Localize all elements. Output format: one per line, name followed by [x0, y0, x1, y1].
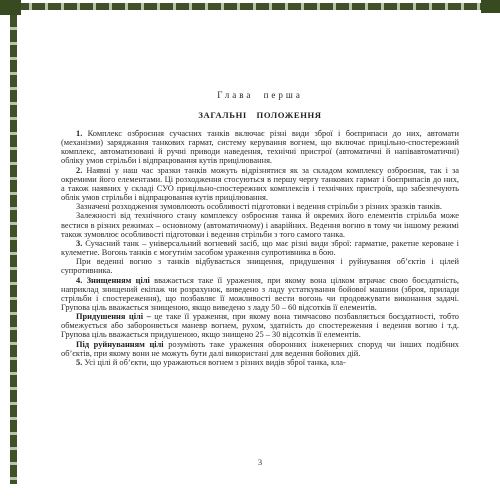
section-heading: ЗАГАЛЬНІ ПОЛОЖЕННЯ — [61, 110, 459, 120]
body-paragraph: Під руйнуванням цілі розуміють таке ураж… — [61, 340, 459, 358]
body-paragraph: Придушення цілі – це таке її ураження, п… — [61, 312, 459, 339]
paragraph-text: Сучасний танк – універсальний вогневий з… — [61, 239, 459, 257]
chapter-heading: Глава перша — [61, 90, 459, 100]
paragraph-text: Наявні у наш час зразки танків можуть ві… — [61, 166, 459, 202]
body-paragraph: Залежності від технічного стану комплекс… — [61, 211, 459, 238]
body-paragraph: 3. Сучасний танк – універсальний вогневи… — [61, 239, 459, 257]
paragraph-text: Усі цілі й об’єкти, що уражаються вогнем… — [82, 358, 345, 367]
paragraph-lead: Під руйнуванням цілі — [76, 340, 164, 349]
paragraph-text: Комплекс озброєння сучасних танків включ… — [61, 129, 459, 165]
body-paragraph: 5. Усі цілі й об’єкти, що уражаються вог… — [61, 358, 459, 367]
paragraph-lead: Придушення цілі – — [76, 312, 151, 321]
body-paragraph: 2. Наявні у наш час зразки танків можуть… — [61, 166, 459, 203]
page-content: Глава перша ЗАГАЛЬНІ ПОЛОЖЕННЯ 1. Компле… — [61, 90, 459, 367]
paragraph-lead: 4. Знищенням цілі — [76, 276, 150, 285]
scan-border-top — [0, 3, 500, 10]
body-paragraph: Зазначені розходження зумовлюють особлив… — [61, 202, 459, 211]
scan-border-left — [10, 0, 17, 484]
paragraphs: 1. Комплекс озброєння сучасних танків вк… — [61, 129, 459, 367]
body-paragraph: 1. Комплекс озброєння сучасних танків вк… — [61, 129, 459, 166]
paragraph-text: При веденні вогню з танків відбувається … — [61, 257, 459, 275]
body-paragraph: 4. Знищенням цілі вважається таке її ура… — [61, 276, 459, 313]
scanned-book-page: Глава перша ЗАГАЛЬНІ ПОЛОЖЕННЯ 1. Компле… — [0, 0, 500, 500]
paragraph-text: Зазначені розходження зумовлюють особлив… — [76, 202, 442, 211]
page-number: 3 — [61, 457, 459, 467]
scan-border-corner-top-left — [0, 0, 21, 15]
body-paragraph: При веденні вогню з танків відбувається … — [61, 257, 459, 275]
scan-border-corner-top-right — [481, 0, 500, 13]
paragraph-text: Залежності від технічного стану комплекс… — [61, 211, 459, 238]
